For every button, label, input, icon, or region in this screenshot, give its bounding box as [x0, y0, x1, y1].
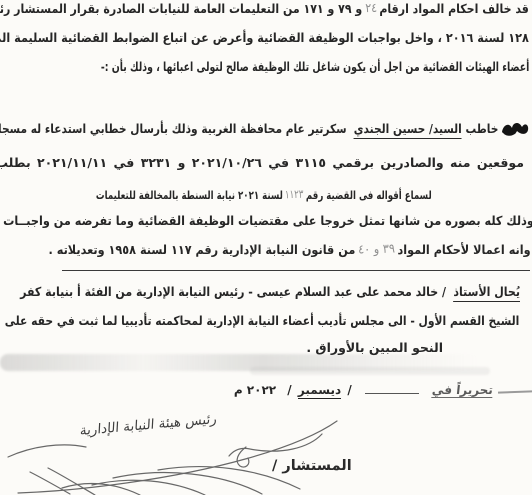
handwritten-authority-title: رئيس هيئة النيابة الإدارية — [80, 411, 218, 439]
para2-line1-text: خاطب — [465, 121, 498, 136]
scan-crease-mark — [498, 390, 532, 393]
para3-line2: وانه اعمالا لأحكام المواد٣٩ و ٤٠من قانون… — [49, 244, 531, 257]
para3-line2-text2: من قانون النيابة الإدارية رقم ١١٧ لسنة ١… — [49, 242, 356, 257]
horizontal-rule — [62, 270, 530, 271]
handwritten-article-number: ٢٤ — [365, 2, 377, 15]
written-on-label: تحريراً في — [431, 384, 493, 398]
date-slash: / — [287, 383, 291, 397]
para2-line1-text2: سكرتير عام محافظة الغربية وذلك بأرسال خط… — [0, 121, 346, 136]
month-name: ديسمبر — [298, 383, 341, 399]
para1-line3: أعضاء الهيئات القضائية من اجل أن يكون شا… — [100, 61, 529, 74]
para2-line3-text2: لسنة ٢٠٢١ نيابة السنطة بالمخالفة للتعليم… — [96, 188, 283, 202]
summoned-name-underlined: السيد/ حسين الجندي — [353, 121, 461, 139]
date-slash: / — [347, 383, 351, 397]
para3-line2-text: وانه اعمالا لأحكام المواد — [398, 242, 531, 257]
decision-line2: الشيخ القسم الأول - الى مجلس تأديب أعضاء… — [4, 315, 519, 328]
document-page: قد خالف احكام المواد ارقام٢٤و ٧٩ و ١٧١ م… — [0, 0, 532, 495]
ink-blot-mark — [500, 119, 530, 139]
day-blank-line — [365, 383, 419, 394]
decision-line1: يُحال الأستاذ / خالد محمد على عبد السلام… — [20, 286, 520, 299]
referral-verb-underlined: يُحال الأستاذ — [453, 284, 520, 302]
para2-line3: لسماع أقواله فى القضية رقم١١٢٣لسنة ٢٠٢١ … — [96, 190, 432, 202]
year-value: ٢٠٢٢ م — [234, 383, 276, 397]
decision-line3: النحو المبين بالأوراق . — [306, 342, 443, 355]
date-line: تحريراً في / ديسمبر / ٢٠٢٢ م — [234, 383, 493, 398]
para3-line1: وذلك كله بصوره من شانها تمثل خروجا على م… — [0, 215, 532, 228]
scan-smudge — [250, 367, 490, 375]
handwritten-law-articles: ٣٩ و ٤٠ — [358, 242, 395, 256]
para1-line2: ١٢٨ لسنة ٢٠١٦ ، واخل بواجبات الوظيفة الق… — [0, 32, 529, 45]
counselor-label: المستشار / — [272, 458, 352, 474]
para1-line1: قد خالف احكام المواد ارقام٢٤و ٧٩ و ١٧١ م… — [0, 3, 529, 16]
para2-line1: خاطب السيد/ حسين الجندي سكرتير عام محافظ… — [0, 123, 498, 136]
para1-line1-text2: و ٧٩ و ١٧١ من التعليمات العامة للنيابات … — [0, 1, 362, 16]
para1-line1-text: قد خالف احكام المواد ارقام — [379, 1, 529, 16]
handwritten-case-number: ١١٢٣ — [285, 189, 304, 201]
para2-line2: موقعين منه والصادرين برقمي ٣١١٥ في ٢٠٢١/… — [0, 157, 524, 170]
para2-line3-text: لسماع أقواله فى القضية رقم — [306, 188, 432, 202]
decision-line1-text: / خالد محمد على عبد السلام عيسى - رئيس ا… — [20, 284, 446, 299]
